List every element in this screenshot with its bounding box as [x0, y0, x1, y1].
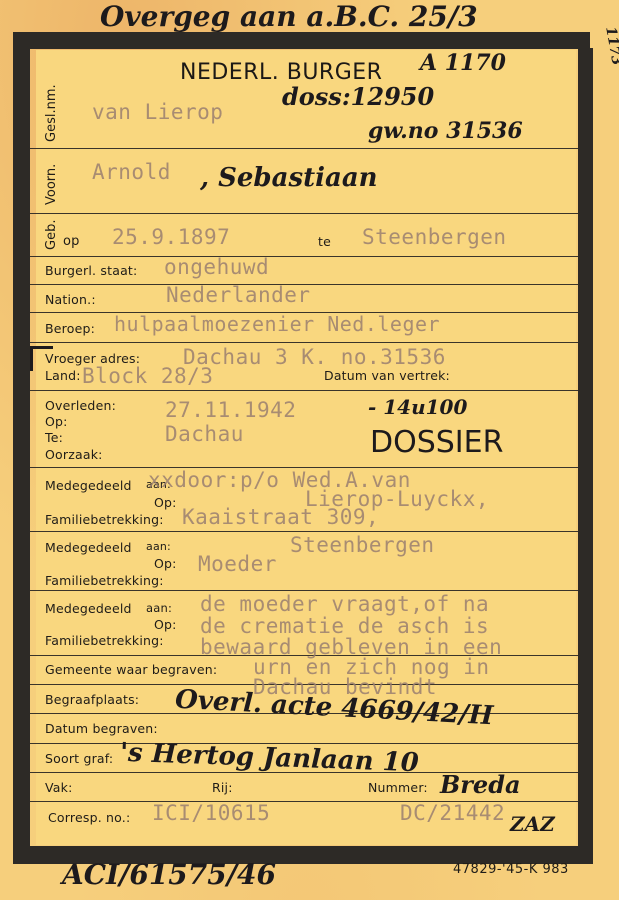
corresp-value-1: ICI/10615 — [152, 801, 270, 825]
handwritten-bottom-number: ACI/61575/46 — [62, 858, 276, 891]
notified-2-line-1: Steenbergen — [290, 533, 435, 557]
handwritten-top-right: 1173 — [602, 25, 619, 66]
label-begraafplaats: Begraafplaats: — [45, 692, 139, 707]
civil-status-value: ongehuwd — [164, 255, 269, 279]
notified-3-line-1: de moeder vraagt,of na — [200, 592, 489, 616]
label-aan-2: aan: — [146, 540, 171, 553]
handwritten-first-name: , Sebastiaan — [200, 163, 378, 193]
frame-border-right — [578, 48, 593, 864]
frame-border-left — [13, 32, 30, 864]
handwritten-gw-no: gw.no 31536 — [368, 118, 523, 144]
country-value: Block 28/3 — [82, 364, 213, 388]
label-corresp: Corresp. no.: — [48, 810, 130, 825]
notified-2-line-2: Moeder — [198, 552, 277, 576]
rule — [30, 531, 578, 532]
death-place-value: Dachau — [165, 422, 244, 446]
birth-place-value: Steenbergen — [362, 225, 507, 249]
label-geb-te: te — [318, 234, 331, 249]
handwritten-dossier-stamp: DOSSIER — [370, 425, 503, 460]
form-code: 47829-'45-K 983 — [453, 862, 569, 877]
label-gemeente: Gemeente waar begraven: — [45, 662, 217, 677]
corresp-value-2: DC/21442 — [400, 801, 505, 825]
label-geb-op: op — [63, 234, 80, 249]
label-geb: Geb. — [44, 220, 59, 250]
notified-1-line-3: Kaaistraat 309, — [182, 505, 379, 529]
handwritten-top-note: Overgeg aan a.B.C. 25/3 — [100, 0, 478, 33]
label-rij: Rij: — [212, 780, 233, 795]
label-datum-begraven: Datum begraven: — [45, 721, 158, 736]
handwritten-initials: ZAZ — [510, 812, 555, 836]
rule — [30, 342, 578, 343]
rule — [30, 390, 578, 391]
label-land: Land: — [45, 368, 81, 383]
handwritten-near-title: A 1170 — [420, 50, 506, 76]
surname-value: van Lierop — [92, 100, 223, 124]
label-aan-3: aan: — [146, 601, 172, 615]
rule — [30, 256, 578, 257]
handwritten-city: Breda — [440, 770, 521, 799]
label-nation: Nation.: — [45, 292, 96, 307]
label-overleden: Overleden: — [45, 398, 116, 413]
handwritten-dossier-no: doss:12950 — [282, 82, 434, 111]
label-medegedeeld-3: Medegedeeld — [45, 601, 132, 616]
label-op-2: Op: — [154, 556, 177, 571]
label-gesl-nm: Gesl.nm. — [44, 84, 59, 142]
label-familie-3: Familiebetrekking: — [45, 633, 164, 648]
handwritten-death-time: - 14u100 — [368, 395, 467, 419]
first-name-value: Arnold — [92, 160, 171, 184]
label-voorn: Voorn. — [44, 164, 59, 205]
label-medegedeeld-2: Medegedeeld — [45, 540, 132, 555]
label-nummer: Nummer: — [368, 780, 428, 795]
label-datum-vertrek: Datum van vertrek: — [324, 368, 450, 383]
label-familie-2: Familiebetrekking: — [45, 573, 164, 588]
label-burgerl-staat: Burgerl. staat: — [45, 263, 137, 278]
label-soort-graf: Soort graf: — [45, 751, 113, 766]
index-card: NEDERL. BURGER Gesl.nm. Voorn. Geb. van … — [0, 0, 619, 900]
label-overleden-te: Te: — [45, 430, 63, 445]
label-beroep: Beroep: — [45, 321, 95, 336]
occupation-value: hulpaalmoezenier Ned.leger — [114, 312, 440, 336]
death-date-value: 27.11.1942 — [165, 398, 296, 422]
nationality-value: Nederlander — [166, 283, 311, 307]
label-familie-1: Familiebetrekking: — [45, 512, 164, 527]
label-op-1: Op: — [154, 495, 177, 510]
label-medegedeeld-1: Medegedeeld — [45, 478, 132, 493]
birth-date-value: 25.9.1897 — [112, 225, 230, 249]
label-vak: Vak: — [45, 780, 73, 795]
label-oorzaak: Oorzaak: — [45, 447, 103, 462]
frame-border-top — [13, 32, 590, 49]
label-op-3: Op: — [154, 617, 177, 632]
rule — [30, 148, 578, 149]
rule — [30, 213, 578, 214]
label-overleden-op: Op: — [45, 414, 68, 429]
previous-address-value: Dachau 3 K. no.31536 — [183, 345, 446, 369]
rule — [30, 590, 578, 591]
